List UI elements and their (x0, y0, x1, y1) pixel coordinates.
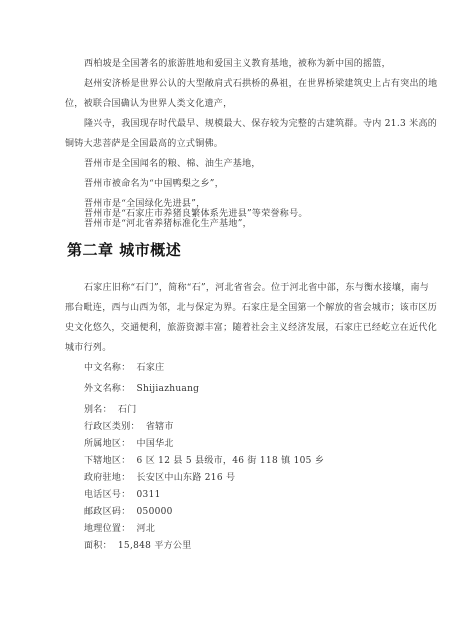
fact-foreign-name: 外文名称：Shijiazhuang (84, 383, 199, 395)
fact-label: 行政区类别： (84, 422, 140, 432)
fact-chinese-name: 中文名称：石家庄 (84, 362, 164, 374)
fact-label: 所属地区： (84, 439, 131, 449)
paragraph-line: 隆兴寺，我国现存时代最早、规模最大、保存较为完整的古建筑群。寺内 21.3 米高… (84, 118, 437, 130)
paragraph-line: 晋州市被命名为“中国鸭梨之乡”， (84, 178, 224, 190)
fact-area-code: 电话区号：0311 (84, 489, 161, 501)
fact-value: 河北 (137, 524, 156, 534)
fact-value: 石家庄 (137, 363, 165, 373)
fact-label: 邮政区码： (84, 507, 131, 517)
fact-value: Shijiazhuang (137, 384, 200, 394)
chapter-heading: 第二章 城市概述 (67, 241, 181, 259)
fact-value: 0311 (137, 490, 161, 500)
paragraph-line: 西柏坡是全国著名的旅游胜地和爱国主义教育基地，被称为新中国的摇篮， (84, 58, 391, 70)
fact-value: 6 区 12 县 5 县级市，46 街 118 镇 105 乡 (137, 456, 325, 466)
paragraph-line: 晋州市是全国闻名的粮、棉、油生产基地， (84, 158, 261, 170)
paragraph-line: 晋州市是“石家庄市养猪良繁体系先进县”等荣誉称号。 (84, 208, 308, 220)
intro-line: 城市行列。 (65, 342, 112, 354)
fact-label: 政府驻地： (84, 473, 131, 483)
fact-value: 050000 (137, 507, 173, 517)
fact-label: 地理位置： (84, 524, 131, 534)
fact-label: 面积： (84, 541, 112, 551)
fact-subdivisions: 下辖地区：6 区 12 县 5 县级市，46 街 118 镇 105 乡 (84, 455, 324, 467)
fact-value: 石门 (118, 405, 137, 415)
fact-label: 电话区号： (84, 490, 131, 500)
fact-location: 地理位置：河北 (84, 523, 155, 535)
paragraph-line: 铜铸大悲菩萨是全国最高的立式铜佛。 (65, 138, 223, 150)
fact-label: 中文名称： (84, 363, 131, 373)
intro-line: 史文化悠久，交通便利，旅游资源丰富；随着社会主义经济发展，石家庄已经屹立在近代化 (65, 322, 437, 334)
fact-postal-code: 邮政区码：050000 (84, 506, 173, 518)
fact-government-seat: 政府驻地：长安区中山东路 216 号 (84, 472, 235, 484)
paragraph-line: 位，被联合国确认为世界人类文化遗产， (65, 98, 232, 110)
fact-label: 外文名称： (84, 384, 131, 394)
fact-label: 下辖地区： (84, 456, 131, 466)
intro-line: 石家庄旧称“石门”，简称“石”，河北省省会。位于河北省中部，东与衡水接壤，南与 (84, 282, 429, 294)
fact-region: 所属地区：中国华北 (84, 438, 174, 450)
fact-value: 中国华北 (137, 439, 174, 449)
fact-label: 别名： (84, 405, 112, 415)
intro-line: 邢台毗连，西与山西为邻，北与保定为界。石家庄是全国第一个解放的省会城市；该市区历 (65, 302, 437, 314)
document-page: 西柏坡是全国著名的旅游胜地和爱国主义教育基地，被称为新中国的摇篮， 赵州安济桥是… (0, 0, 450, 636)
fact-value: 省辖市 (146, 422, 174, 432)
fact-alias: 别名：石门 (84, 404, 137, 416)
fact-value: 15,848 平方公里 (118, 541, 192, 551)
fact-value: 长安区中山东路 216 号 (137, 473, 236, 483)
fact-admin-type: 行政区类别：省辖市 (84, 421, 174, 433)
paragraph-line: 赵州安济桥是世界公认的大型敞肩式石拱桥的鼻祖，在世界桥梁建筑史上占有突出的地 (84, 78, 437, 90)
fact-area: 面积：15,848 平方公里 (84, 540, 192, 552)
